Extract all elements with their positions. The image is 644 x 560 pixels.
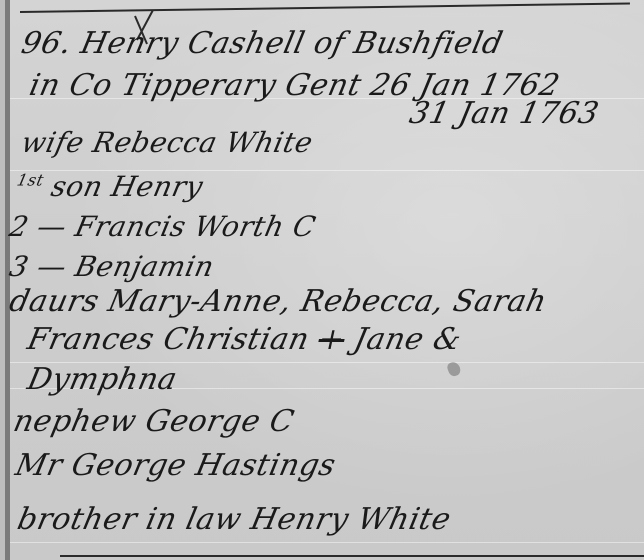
struck-ampersand: + [315, 322, 348, 357]
second-son-name: 2 — Francis Worth C [6, 210, 318, 243]
top-divider-line [20, 2, 630, 13]
wife-name: wife Rebecca White [18, 126, 315, 159]
entry-number: 96. [18, 26, 75, 61]
entry-line-1: 96. Henry Cashell of Bushfield [18, 26, 506, 61]
entry-name: Henry Cashell of Bushfield [78, 26, 507, 61]
daughters-names-cont: Frances Christian [24, 322, 312, 357]
entry-line-daughters: daurs Mary-Anne, Rebecca, Sarah [6, 284, 550, 319]
entry-line-dymphna: Dymphna [24, 362, 180, 397]
bottom-divider-line [60, 555, 644, 557]
first-ordinal: 1st [15, 171, 45, 190]
third-son-name: 3 — Benjamin [6, 250, 217, 283]
entry-line-daughters-cont: Frances Christian + Jane & [24, 322, 464, 357]
entry-line-3: 31 Jan 1763 [406, 96, 602, 131]
entry-line-first-son: 1st son Henry [12, 170, 206, 203]
entry-line-nephew: nephew George C [10, 404, 297, 439]
ruling-line [10, 542, 644, 543]
entry-line-wife: wife Rebecca White [18, 126, 315, 159]
first-son-name: son Henry [48, 170, 206, 203]
brother-in-law-name: brother in law Henry White [14, 502, 454, 537]
entry-line-second-son: 2 — Francis Worth C [6, 210, 318, 243]
entry-line-third-son: 3 — Benjamin [6, 250, 217, 283]
entry-line-brother-in-law: brother in law Henry White [14, 502, 454, 537]
daughters-names: daurs Mary-Anne, Rebecca, Sarah [6, 284, 550, 319]
nephew-name: nephew George C [10, 404, 297, 439]
daughter-dymphna: Dymphna [24, 362, 180, 397]
entry-date-second: 31 Jan 1763 [406, 96, 602, 131]
hastings-name: Mr George Hastings [12, 448, 339, 483]
document-page: 96. Henry Cashell of Bushfield in Co Tip… [0, 0, 644, 560]
daughters-names-rest: Jane & [351, 322, 465, 357]
entry-line-mr-hastings: Mr George Hastings [12, 448, 339, 483]
